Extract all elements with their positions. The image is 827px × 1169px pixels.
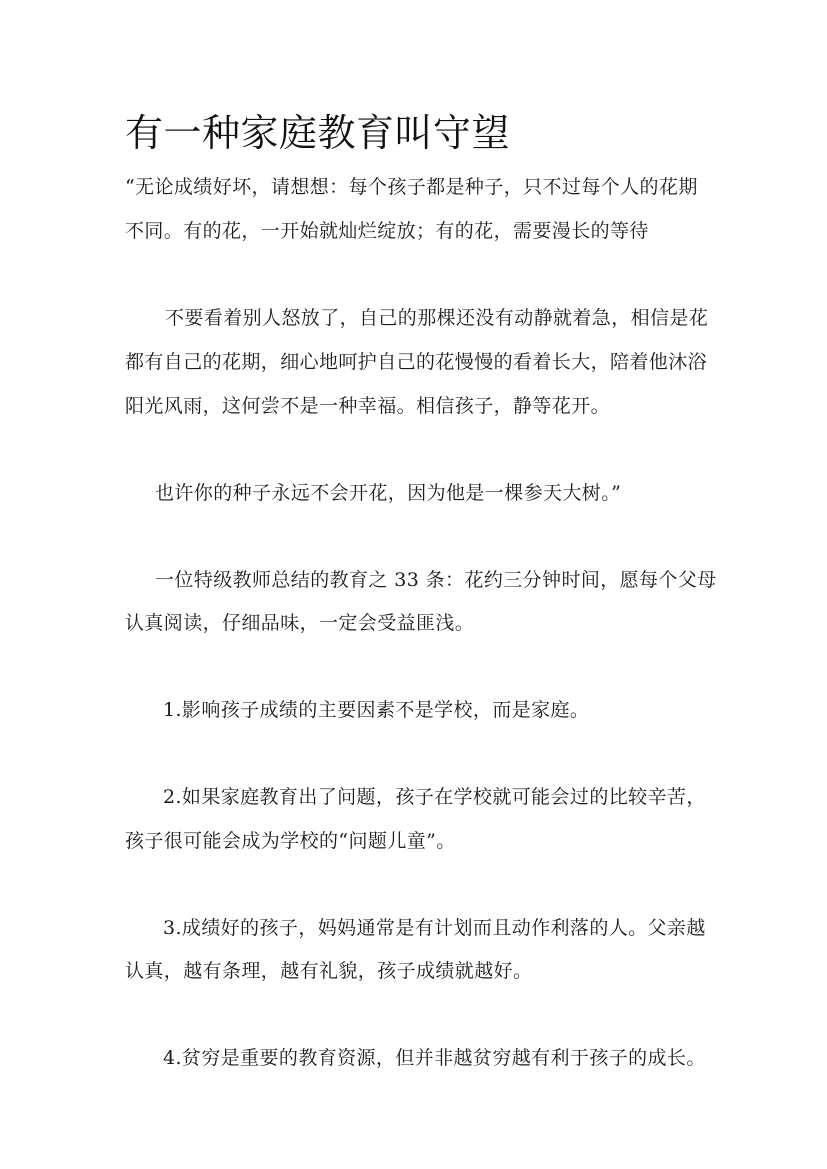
list-item-2: 2.如果家庭教育出了问题，孩子在学校就可能会过的比较辛苦， xyxy=(163,784,763,810)
list-item-2-cont: 孩子很可能会成为学校的“问题儿童”。 xyxy=(125,828,725,854)
quote-line-1: “无论成绩好坏，请想想：每个孩子都是种子，只不过每个人的花期 xyxy=(125,174,725,200)
document-title: 有一种家庭教育叫守望 xyxy=(125,108,510,158)
document-page: 有一种家庭教育叫守望 “无论成绩好坏，请想想：每个孩子都是种子，只不过每个人的花… xyxy=(0,0,827,1169)
intro-line: 认真阅读，仔细品味，一定会受益匪浅。 xyxy=(125,610,725,636)
list-item-1: 1.影响孩子成绩的主要因素不是学校，而是家庭。 xyxy=(163,697,763,723)
list-item-3: 3.成绩好的孩子，妈妈通常是有计划而且动作利落的人。父亲越 xyxy=(163,915,763,941)
paragraph-line: 都有自己的花期，细心地呵护自己的花慢慢的看着长大，陪着他沐浴 xyxy=(125,349,725,375)
paragraph-line: 阳光风雨，这何尝不是一种幸福。相信孩子，静等花开。 xyxy=(125,393,725,419)
list-item-3-cont: 认真，越有条理，越有礼貌，孩子成绩就越好。 xyxy=(125,958,725,984)
paragraph-line: 也许你的种子永远不会开花，因为他是一棵参天大树。” xyxy=(155,480,755,506)
list-item-4: 4.贫穷是重要的教育资源，但并非越贫穷越有利于孩子的成长。 xyxy=(163,1045,763,1071)
intro-line: 一位特级教师总结的教育之 33 条：花约三分钟时间，愿每个父母 xyxy=(155,567,755,593)
quote-line-2: 不同。有的花，一开始就灿烂绽放；有的花，需要漫长的等待 xyxy=(125,218,725,244)
paragraph-line: 不要看着别人怒放了，自己的那棵还没有动静就着急，相信是花 xyxy=(165,305,765,331)
